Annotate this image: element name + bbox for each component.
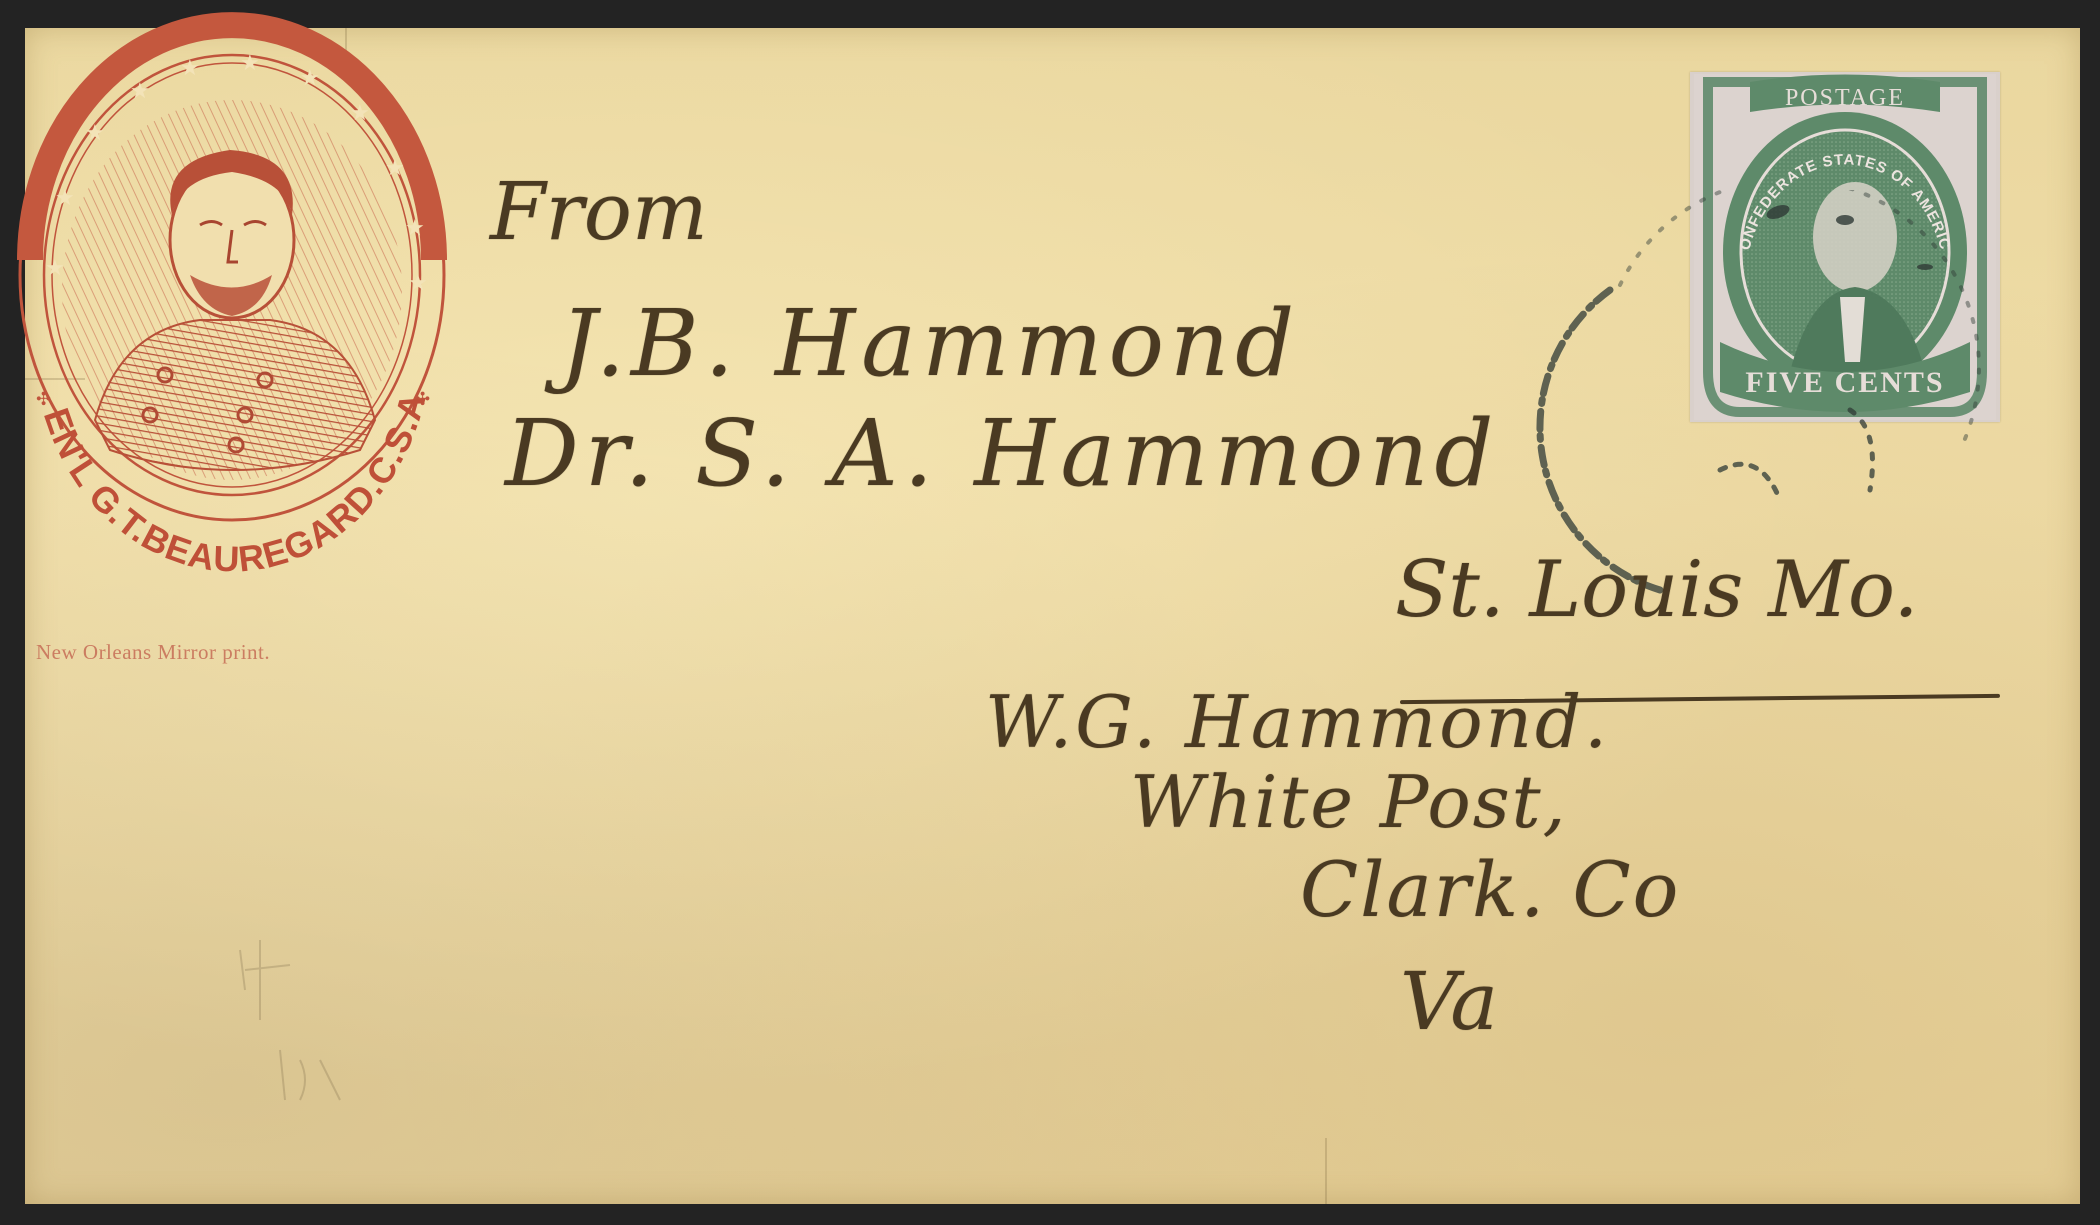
svg-text:★: ★	[45, 256, 65, 281]
svg-text:★: ★	[85, 121, 105, 146]
recipient-line-3: Va	[1400, 955, 1498, 1048]
svg-text:★: ★	[385, 156, 405, 181]
svg-text:★: ★	[300, 66, 320, 91]
sender-prefix: From	[490, 165, 708, 258]
recipient-name: W.G. Hammond.	[985, 680, 1610, 764]
paper-crease	[1325, 1138, 1327, 1204]
sender-line-2: Dr. S. A. Hammond	[505, 400, 1499, 507]
svg-text:★: ★	[350, 101, 370, 126]
recipient-line-2: Clark. Co	[1300, 845, 1680, 934]
sender-line-3: St. Louis Mo.	[1395, 545, 1918, 635]
recipient-line-1: White Post,	[1130, 760, 1567, 844]
stamp-postage-label: POSTAGE	[1785, 85, 1905, 111]
pencil-notation	[200, 930, 420, 1110]
postage-stamp: POSTAGE CONFEDERATE STATES OF AMERICA FI…	[1690, 72, 2000, 422]
svg-text:★: ★	[55, 186, 75, 211]
stamp-value-label: FIVE CENTS	[1745, 366, 1944, 399]
svg-text:★: ★	[405, 216, 425, 241]
svg-text:✣: ✣	[36, 389, 51, 410]
svg-text:★: ★	[408, 271, 428, 296]
svg-text:★: ★	[180, 56, 200, 81]
printer-imprint: New Orleans Mirror print.	[36, 640, 436, 665]
beauregard-portrait-oval: ★ ★ ★ ★ ★ ★ ★ ★ ★ ★ ★ ✣	[0, 0, 470, 680]
sender-line-1: J.B. Hammond	[560, 290, 1300, 397]
svg-text:★: ★	[130, 79, 150, 104]
svg-text:★: ★	[240, 51, 260, 76]
patriotic-design: ★ ★ ★ ★ ★ ★ ★ ★ ★ ★ ★ ✣	[0, 0, 470, 680]
